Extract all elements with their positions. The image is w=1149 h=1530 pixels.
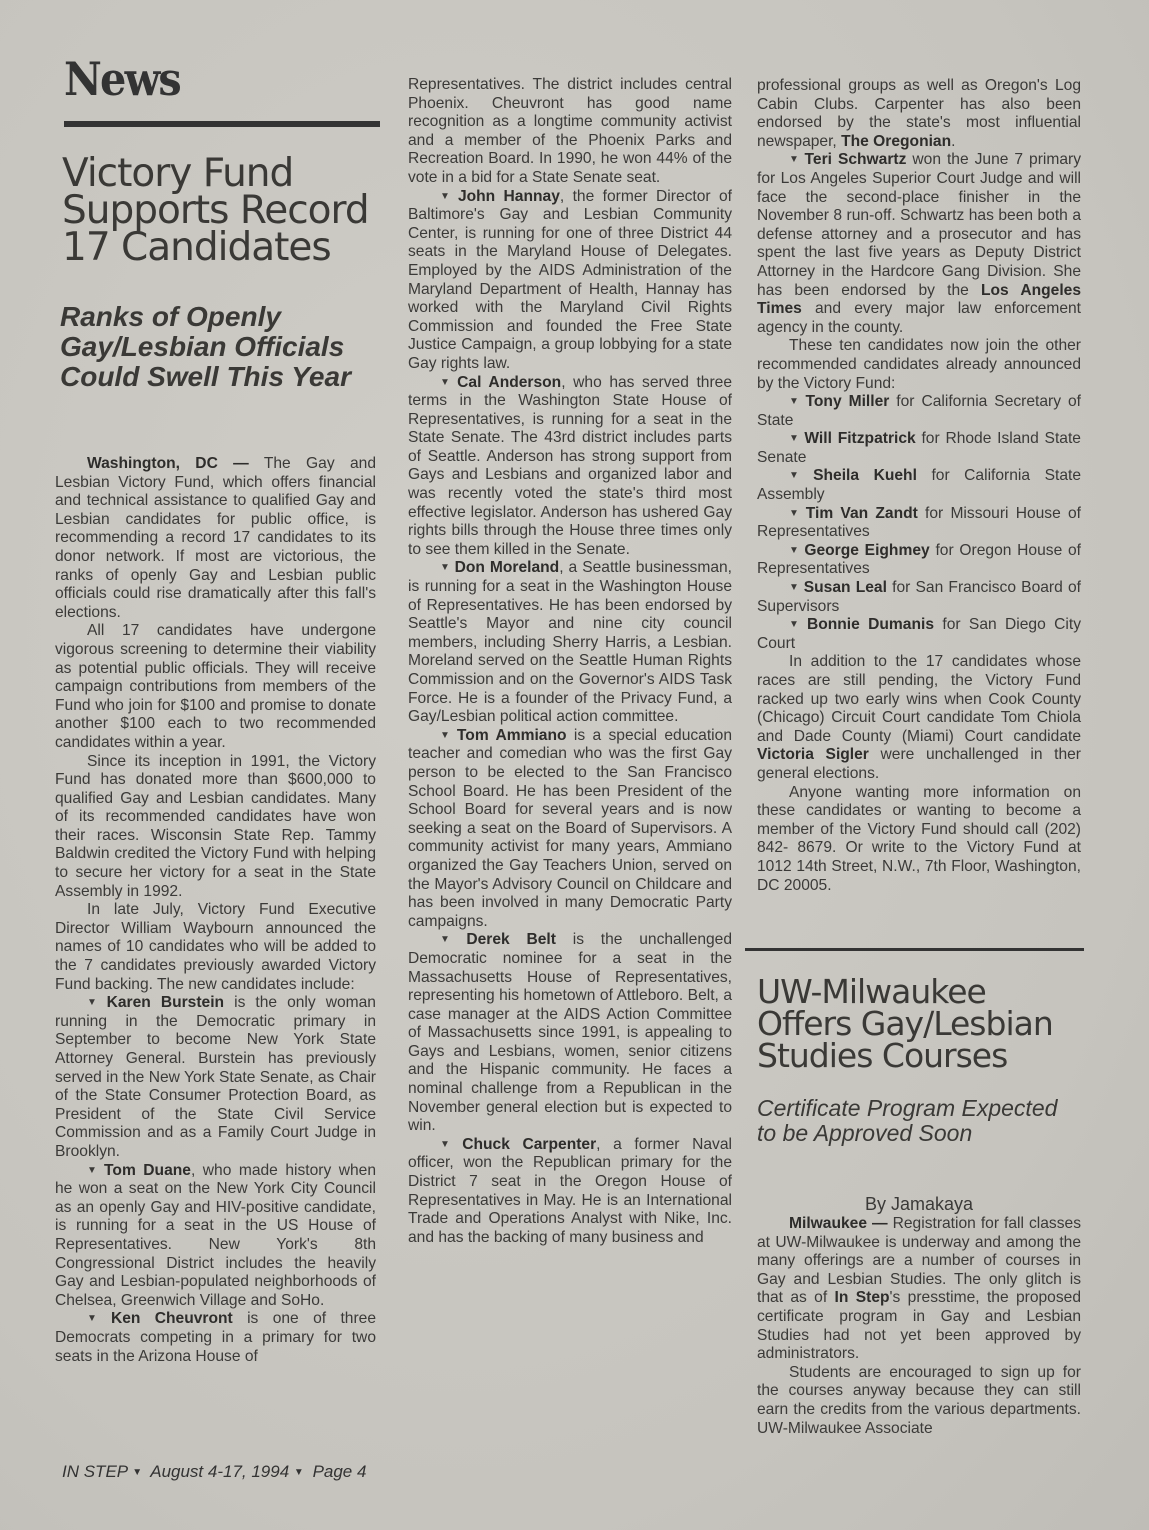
paragraph: ▼Teri Schwartz won the June 7 primary fo… — [757, 151, 1081, 337]
triangle-down-icon: ▼ — [294, 1467, 304, 1478]
bullet-triangle-icon: ▼ — [789, 545, 800, 556]
paragraph: Washington, DC — The Gay and Lesbian Vic… — [55, 455, 376, 622]
bold-lead: Karen Burstein — [107, 994, 224, 1011]
footer-page: Page 4 — [313, 1462, 367, 1481]
paragraph: Representatives. The district includes c… — [408, 76, 732, 188]
bullet-triangle-icon: ▼ — [87, 1165, 100, 1176]
paragraph: Milwaukee — Registration for fall classe… — [757, 1215, 1081, 1364]
bullet-triangle-icon: ▼ — [440, 377, 453, 388]
paragraph: ▼Ken Cheuvront is one of three Democrats… — [55, 1310, 376, 1366]
section-title: News — [64, 52, 180, 106]
bullet-triangle-icon: ▼ — [789, 433, 800, 444]
article1-subhead: Ranks of Openly Gay/Lesbian Officials Co… — [60, 302, 390, 392]
bold-lead: Washington, DC — — [87, 455, 249, 472]
article-divider — [745, 948, 1084, 951]
bold-lead: Derek Belt — [466, 931, 556, 948]
footer-date: August 4-17, 1994 — [150, 1462, 289, 1481]
bold-name: Los Angeles Times — [757, 282, 1081, 318]
paragraph: ▼Tony Miller for California Secretary of… — [757, 393, 1081, 430]
bullet-triangle-icon: ▼ — [789, 470, 809, 481]
paragraph: Since its inception in 1991, the Victory… — [55, 753, 376, 902]
paragraph: ▼Karen Burstein is the only woman runnin… — [55, 994, 376, 1161]
bullet-triangle-icon: ▼ — [440, 191, 454, 202]
paragraph: All 17 candidates have undergone vigorou… — [55, 622, 376, 752]
bold-lead: George Eighmey — [804, 542, 929, 559]
page-footer: IN STEP ▼ August 4-17, 1994 ▼ Page 4 — [62, 1462, 366, 1482]
paragraph: Anyone wanting more information on these… — [757, 784, 1081, 896]
bold-name: Victoria Sigler — [757, 746, 869, 763]
bullet-triangle-icon: ▼ — [440, 730, 453, 741]
article1-column-1: Washington, DC — The Gay and Lesbian Vic… — [55, 455, 376, 1366]
newspaper-page: News Victory Fund Supports Record 17 Can… — [0, 0, 1149, 1530]
bullet-triangle-icon: ▼ — [87, 1313, 107, 1324]
article1-column-3: professional groups as well as Oregon's … — [757, 77, 1081, 895]
paragraph: ▼Bonnie Dumanis for San Diego City Court — [757, 616, 1081, 653]
bold-lead: Tom Ammiano — [457, 727, 567, 744]
footer-publication: IN STEP — [62, 1462, 128, 1481]
bold-lead: Don Moreland — [455, 559, 560, 576]
bold-lead: Cal Anderson — [457, 374, 561, 391]
bold-lead: Susan Leal — [804, 579, 887, 596]
article1-headline: Victory Fund Supports Record 17 Candidat… — [62, 155, 392, 266]
paragraph: ▼Derek Belt is the unchallenged Democrat… — [408, 931, 732, 1136]
paragraph: ▼Susan Leal for San Francisco Board of S… — [757, 579, 1081, 616]
bold-name: The Oregonian — [841, 133, 951, 150]
bullet-triangle-icon: ▼ — [789, 619, 803, 630]
paragraph: Students are encouraged to sign up for t… — [757, 1364, 1081, 1438]
article2-subhead: Certificate Program Expected to be Appro… — [757, 1096, 1077, 1146]
bold-lead: Bonnie Dumanis — [807, 616, 934, 633]
bold-lead: Ken Cheuvront — [111, 1310, 233, 1327]
article2-byline: By Jamakaya — [757, 1194, 1081, 1215]
paragraph: In late July, Victory Fund Executive Dir… — [55, 901, 376, 994]
bullet-triangle-icon: ▼ — [789, 582, 800, 593]
bullet-triangle-icon: ▼ — [440, 1139, 458, 1150]
paragraph: ▼Cal Anderson, who has served three term… — [408, 374, 732, 560]
paragraph: ▼Sheila Kuehl for California State Assem… — [757, 467, 1081, 504]
bold-lead: Will Fitzpatrick — [804, 430, 915, 447]
paragraph: ▼Tom Ammiano is a special education teac… — [408, 727, 732, 932]
paragraph: These ten candidates now join the other … — [757, 337, 1081, 393]
bullet-triangle-icon: ▼ — [789, 154, 801, 165]
bullet-triangle-icon: ▼ — [789, 508, 802, 519]
paragraph: In addition to the 17 candidates whose r… — [757, 653, 1081, 783]
bold-name: In Step — [835, 1289, 890, 1306]
bold-lead: Milwaukee — — [789, 1215, 888, 1232]
bold-lead: John Hannay — [458, 188, 560, 205]
bold-lead: Tony Miller — [806, 393, 890, 410]
bold-lead: Tom Duane — [104, 1162, 191, 1179]
bold-lead: Tim Van Zandt — [806, 505, 918, 522]
paragraph: ▼Chuck Carpenter, a former Naval officer… — [408, 1136, 732, 1248]
paragraph: ▼George Eighmey for Oregon House of Repr… — [757, 542, 1081, 579]
article1-column-2: Representatives. The district includes c… — [408, 76, 732, 1247]
paragraph: ▼Don Moreland, a Seattle businessman, is… — [408, 559, 732, 726]
paragraph: ▼John Hannay, the former Director of Bal… — [408, 188, 732, 374]
paragraph: ▼Tom Duane, who made history when he won… — [55, 1162, 376, 1311]
triangle-down-icon: ▼ — [132, 1467, 142, 1478]
bullet-triangle-icon: ▼ — [87, 997, 103, 1008]
article2-headline: UW-Milwaukee Offers Gay/Lesbian Studies … — [757, 976, 1087, 1072]
bold-lead: Chuck Carpenter — [462, 1136, 596, 1153]
article2-body: Milwaukee — Registration for fall classe… — [757, 1215, 1081, 1438]
paragraph: ▼Tim Van Zandt for Missouri House of Rep… — [757, 505, 1081, 542]
bullet-triangle-icon: ▼ — [789, 396, 802, 407]
bold-lead: Sheila Kuehl — [813, 467, 917, 484]
paragraph: ▼Will Fitzpatrick for Rhode Island State… — [757, 430, 1081, 467]
paragraph: professional groups as well as Oregon's … — [757, 77, 1081, 151]
section-rule — [64, 121, 380, 127]
bullet-triangle-icon: ▼ — [440, 934, 462, 945]
bold-lead: Teri Schwartz — [805, 151, 907, 168]
bullet-triangle-icon: ▼ — [440, 562, 451, 573]
